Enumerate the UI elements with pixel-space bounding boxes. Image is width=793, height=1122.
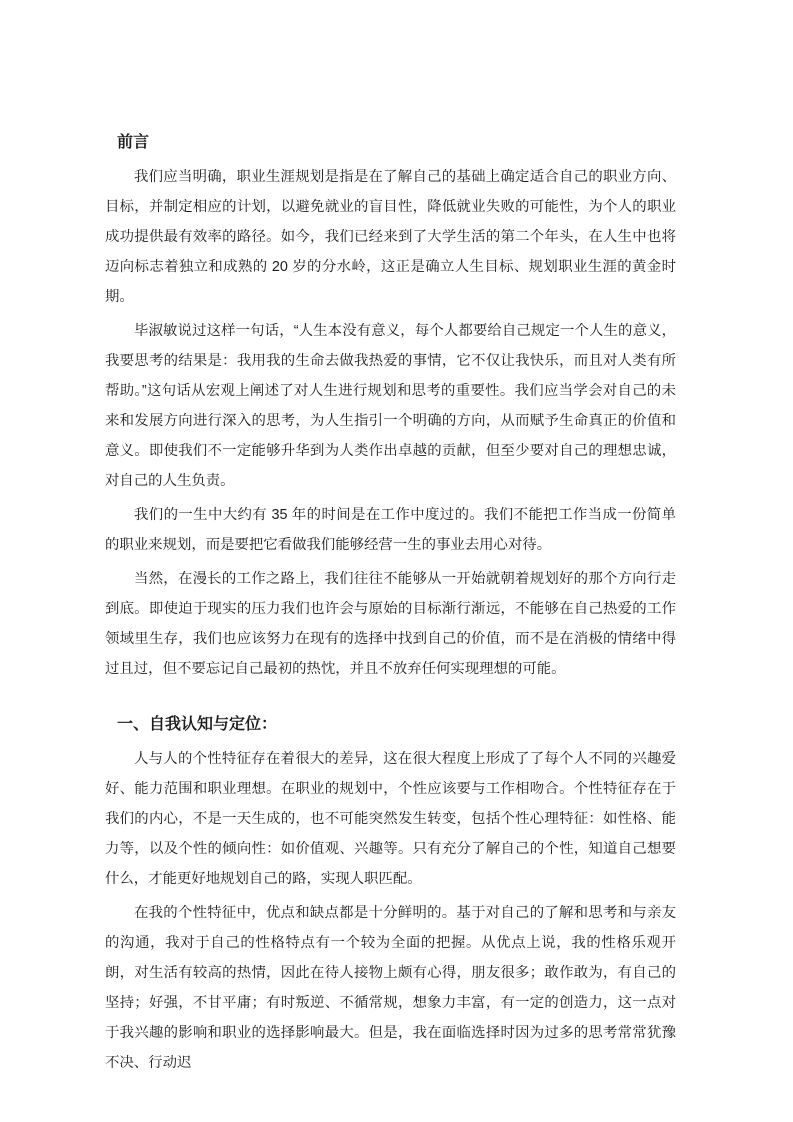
preface-paragraph-3: 我们的一生中大约有 35 年的时间是在工作中度过的。我们不能把工作当成一份简单的…	[105, 500, 676, 560]
section1-paragraph-2: 在我的个性特征中，优点和缺点都是十分鲜明的。基于对自己的了解和思考和与亲友的沟通…	[105, 898, 676, 1078]
document-page: 前言 我们应当明确，职业生涯规划是指是在了解自己的基础上确定适合自己的职业方向、…	[0, 0, 793, 1122]
preface-paragraph-1: 我们应当明确，职业生涯规划是指是在了解自己的基础上确定适合自己的职业方向、目标，…	[105, 162, 676, 312]
section1-heading: 一、自我认知与定位：	[105, 710, 676, 740]
preface-heading: 前言	[105, 128, 676, 158]
section1-paragraph-1: 人与人的个性特征存在着很大的差异，这在很大程度上形成了了每个人不同的兴趣爱好、能…	[105, 744, 676, 894]
preface-paragraph-2: 毕淑敏说过这样一句话，“人生本没有意义，每个人都要给自己规定一个人生的意义，我要…	[105, 316, 676, 496]
preface-paragraph-4: 当然，在漫长的工作之路上，我们往往不能够从一开始就朝着规划好的那个方向行走到底。…	[105, 564, 676, 684]
